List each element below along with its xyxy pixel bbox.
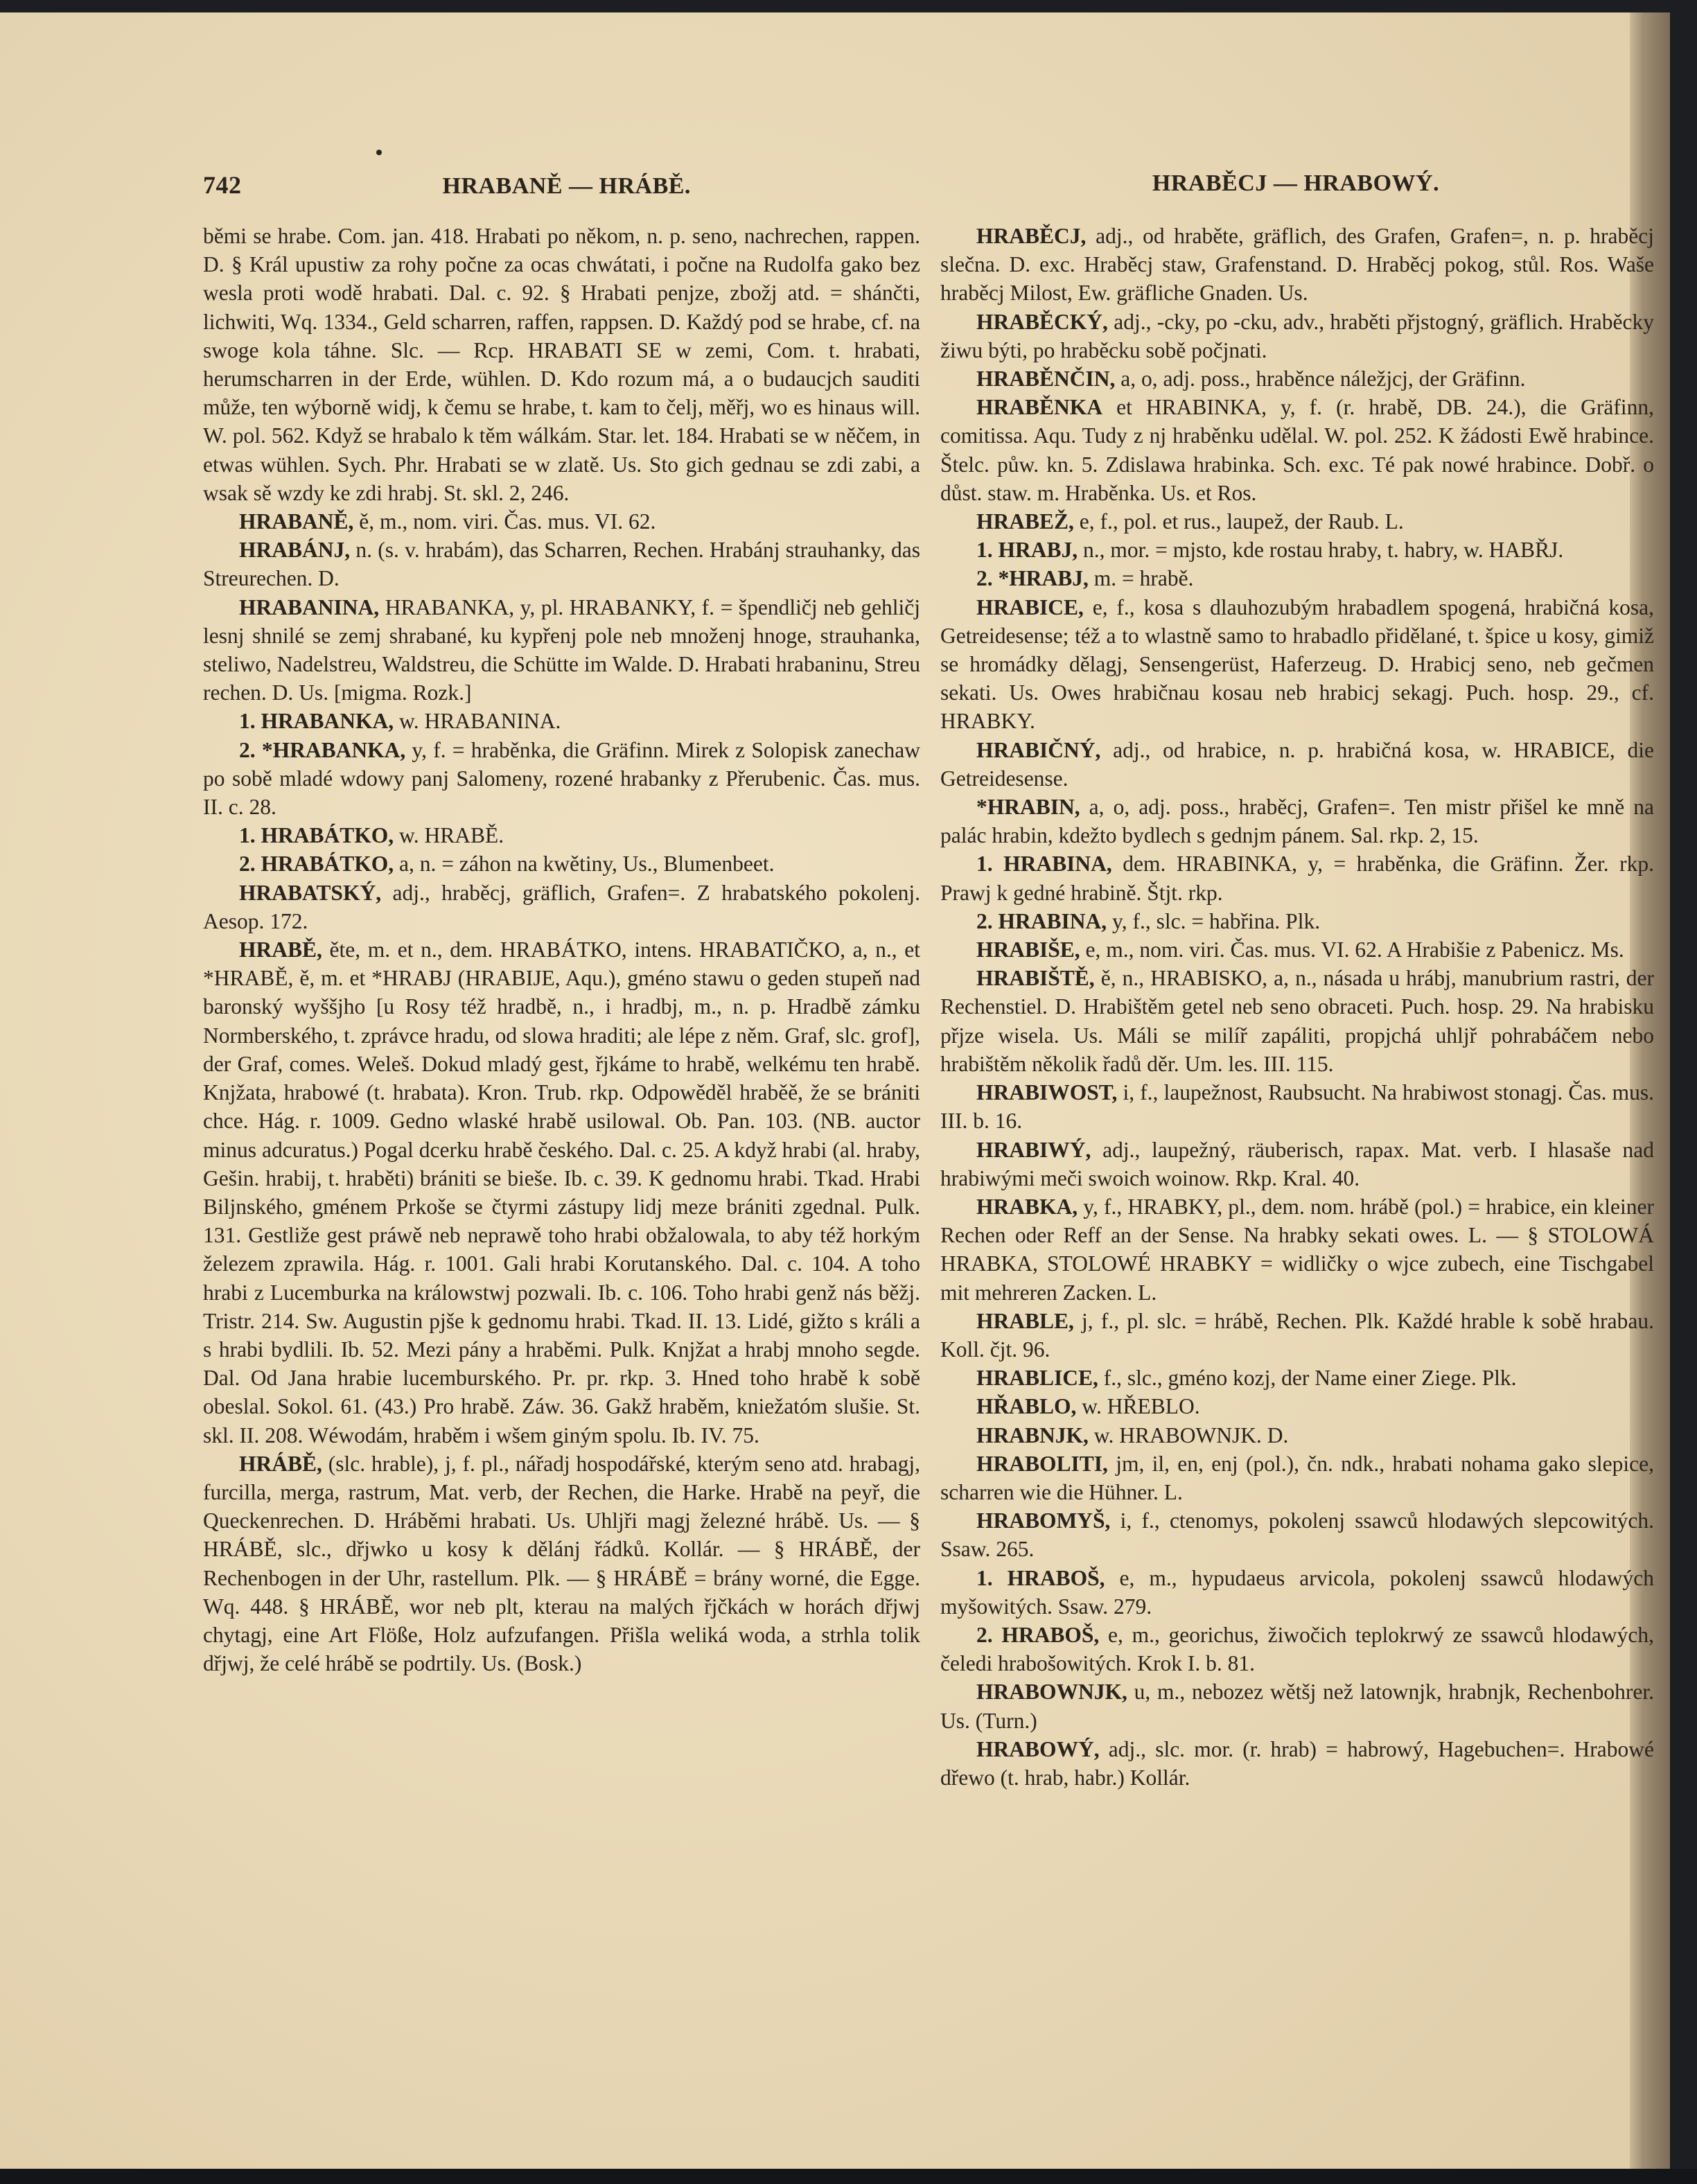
entry-body: ěte, m. et n., dem. HRABÁTKO, intens. HR… <box>203 937 920 1447</box>
entry-headword: HRABNJK, <box>976 1423 1089 1447</box>
entry-headword: 2. *HRABANKA, <box>239 738 405 762</box>
entry-headword: HRABATSKÝ, <box>239 881 381 905</box>
entry-body: n., mor. = mjsto, kde rostau hraby, t. h… <box>1078 538 1563 562</box>
dictionary-entry: 2. HRABINA, y, f., slc. = habřina. Plk. <box>940 907 1654 935</box>
dictionary-entry: 2. HRABOŠ, e, m., georichus, žiwočich te… <box>940 1621 1654 1677</box>
entry-headword: HRABIŠTĚ, <box>976 966 1095 990</box>
dictionary-entry: 1. HRABINA, dem. HRABINKA, y, = hraběnka… <box>940 849 1654 906</box>
dictionary-entry: HRABĚNKA et HRABINKA, y, f. (r. hrabě, D… <box>940 393 1654 507</box>
left-header-title: HRABANĚ — HRÁBĚ. <box>443 173 691 200</box>
dictionary-entry: HRABANĚ, ě, m., nom. viri. Čas. mus. VI.… <box>203 507 920 536</box>
right-running-header: HRABĚCJ — HRABOWÝ. <box>929 170 1663 205</box>
dictionary-entry: HRABKA, y, f., HRABKY, pl., dem. nom. hr… <box>940 1192 1654 1307</box>
entry-body: e, f., pol. et rus., laupež, der Raub. L… <box>1074 509 1404 534</box>
dictionary-entry: HRÁBĚ, (slc. hrable), j, f. pl., nářadj … <box>203 1450 920 1678</box>
entry-headword: HRABIČNÝ, <box>976 738 1100 762</box>
dictionary-entry: HRABĚCKÝ, adj., -cky, po -cku, adv., hra… <box>940 308 1654 364</box>
entry-headword: HRABLE, <box>976 1309 1074 1333</box>
dictionary-entry: HRABIČNÝ, adj., od hrabice, n. p. hrabič… <box>940 736 1654 793</box>
dictionary-entry: HRABEŽ, e, f., pol. et rus., laupež, der… <box>940 507 1654 536</box>
dictionary-entry: HRABATSKÝ, adj., hraběcj, gräflich, Graf… <box>203 879 920 935</box>
entry-headword: 1. HRABJ, <box>976 538 1078 562</box>
entry-body: y, f., slc. = habřina. Plk. <box>1107 909 1320 933</box>
dictionary-entry: HRABĚCJ, adj., od hraběte, gräflich, des… <box>940 222 1654 308</box>
entry-body: w. HRABĚ. <box>394 823 504 847</box>
entry-body: běmi se hrabe. Com. jan. 418. Hrabati po… <box>203 224 920 505</box>
dictionary-page: 742 HRABANĚ — HRÁBĚ. HRABĚCJ — HRABOWÝ. … <box>0 12 1670 2169</box>
dictionary-entry: 2. HRABÁTKO, a, n. = záhon na kwětiny, U… <box>203 849 920 878</box>
entry-headword: HRABĚCKÝ, <box>976 310 1108 334</box>
entry-body: a, o, adj. poss., hraběnce náležjcj, der… <box>1115 367 1525 391</box>
dictionary-entry: 1. HRABJ, n., mor. = mjsto, kde rostau h… <box>940 536 1654 564</box>
dictionary-entry: *HRABIN, a, o, adj. poss., hraběcj, Graf… <box>940 793 1654 849</box>
dictionary-entry: HRABĚNČIN, a, o, adj. poss., hraběnce ná… <box>940 364 1654 393</box>
entry-headword: HRABIWOST, <box>976 1080 1117 1104</box>
entry-headword: HRABKA, <box>976 1195 1078 1219</box>
entry-headword: HRABANINA, <box>239 595 379 619</box>
entry-body: w. HRABANINA. <box>394 709 561 733</box>
entry-headword: HRABOMYŠ, <box>976 1508 1110 1533</box>
dictionary-entry: HRABNJK, w. HRABOWNJK. D. <box>940 1421 1654 1450</box>
entry-headword: HRABOLITI, <box>976 1452 1108 1476</box>
entry-headword: *HRABIN, <box>976 795 1080 819</box>
page-number: 742 <box>203 170 242 200</box>
entry-headword: HRABIŠE, <box>976 937 1080 962</box>
entry-headword: 1. HRABINA, <box>976 852 1112 876</box>
dictionary-entry: 2. *HRABANKA, y, f. = hraběnka, die Gräf… <box>203 736 920 822</box>
entry-headword: HRÁBĚ, <box>239 1452 322 1476</box>
entry-body: f., slc., gméno kozj, der Name einer Zie… <box>1098 1366 1517 1390</box>
dictionary-entry: 1. HRABANKA, w. HRABANINA. <box>203 707 920 735</box>
dictionary-entry: HRABOMYŠ, i, f., ctenomys, pokolenj ssaw… <box>940 1506 1654 1563</box>
entry-body: m. = hrabě. <box>1089 566 1194 590</box>
entry-headword: 2. HRABÁTKO, <box>239 852 394 876</box>
entry-headword: HRABLICE, <box>976 1366 1098 1390</box>
dictionary-entry: 1. HRABÁTKO, w. HRABĚ. <box>203 821 920 849</box>
dictionary-entry: HŘABLO, w. HŘEBLO. <box>940 1392 1654 1420</box>
dictionary-entry: HRABLICE, f., slc., gméno kozj, der Name… <box>940 1364 1654 1392</box>
dictionary-entry: HRABIWOST, i, f., laupežnost, Raubsucht.… <box>940 1078 1654 1135</box>
entry-headword: HRABIWÝ, <box>976 1138 1091 1162</box>
dictionary-entry: HRABOLITI, jm, il, en, enj (pol.), čn. n… <box>940 1450 1654 1506</box>
dictionary-entry: HRABOWNJK, u, m., nebozez wětšj než lato… <box>940 1677 1654 1734</box>
entry-headword: HRABEŽ, <box>976 509 1074 534</box>
dictionary-entry: HRABĚ, ěte, m. et n., dem. HRABÁTKO, int… <box>203 935 920 1450</box>
right-header-title: HRABĚCJ — HRABOWÝ. <box>1152 170 1439 197</box>
dictionary-entry: 1. HRABOŠ, e, m., hypudaeus arvicola, po… <box>940 1564 1654 1621</box>
dictionary-entry: 2. *HRABJ, m. = hrabě. <box>940 564 1654 592</box>
entry-headword: HRABĚNČIN, <box>976 367 1115 391</box>
entry-body: a, n. = záhon na kwětiny, Us., Blumenbee… <box>394 852 774 876</box>
dictionary-entry: HRABOWÝ, adj., slc. mor. (r. hrab) = hab… <box>940 1735 1654 1792</box>
dictionary-entry: HRABANINA, HRABANKA, y, pl. HRABANKY, f.… <box>203 593 920 707</box>
entry-headword: 1. HRABÁTKO, <box>239 823 394 847</box>
entry-headword: 1. HRABOŠ, <box>976 1566 1105 1590</box>
scan-background: 742 HRABANĚ — HRÁBĚ. HRABĚCJ — HRABOWÝ. … <box>0 0 1697 2184</box>
entry-headword: HRABĚNKA <box>976 395 1102 419</box>
dictionary-entry: HRABIŠTĚ, ě, n., HRABISKO, a, n., násada… <box>940 964 1654 1078</box>
entry-body: ě, m., nom. viri. Čas. mus. VI. 62. <box>353 509 656 534</box>
left-running-header: 742 HRABANĚ — HRÁBĚ. <box>203 170 931 205</box>
entry-headword: HRABICE, <box>976 595 1084 619</box>
entry-headword: HŘABLO, <box>976 1394 1076 1418</box>
dictionary-entry: HRABLE, j, f., pl. slc. = hrábě, Rechen.… <box>940 1307 1654 1364</box>
entry-body: w. HŘEBLO. <box>1076 1394 1199 1418</box>
scan-bottom-edge <box>0 2169 1697 2184</box>
dictionary-entry: HRABIWÝ, adj., laupežný, räuberisch, rap… <box>940 1136 1654 1192</box>
ink-dot <box>376 150 382 155</box>
entry-body: e, m., nom. viri. Čas. mus. VI. 62. A Hr… <box>1080 937 1624 962</box>
entry-headword: 2. HRABINA, <box>976 909 1107 933</box>
entry-headword: 2. HRABOŠ, <box>976 1623 1099 1647</box>
left-column: běmi se hrabe. Com. jan. 418. Hrabati po… <box>203 222 920 1677</box>
entry-headword: 1. HRABANKA, <box>239 709 394 733</box>
dictionary-entry: HRABIŠE, e, m., nom. viri. Čas. mus. VI.… <box>940 935 1654 964</box>
entry-headword: HRABÁNJ, <box>239 538 350 562</box>
entry-headword: 2. *HRABJ, <box>976 566 1089 590</box>
entry-body: (slc. hrable), j, f. pl., nářadj hospodá… <box>203 1452 920 1675</box>
dictionary-entry: HRABICE, e, f., kosa s dlauhozubým hraba… <box>940 593 1654 736</box>
entry-headword: HRABOWNJK, <box>976 1680 1127 1704</box>
entry-body: w. HRABOWNJK. D. <box>1089 1423 1288 1447</box>
entry-headword: HRABOWÝ, <box>976 1737 1100 1761</box>
dictionary-entry: běmi se hrabe. Com. jan. 418. Hrabati po… <box>203 222 920 507</box>
right-column: HRABĚCJ, adj., od hraběte, gräflich, des… <box>940 222 1654 1792</box>
dictionary-entry: HRABÁNJ, n. (s. v. hrabám), das Scharren… <box>203 536 920 592</box>
entry-headword: HRABĚ, <box>239 937 322 962</box>
entry-headword: HRABANĚ, <box>239 509 353 534</box>
entry-headword: HRABĚCJ, <box>976 224 1086 248</box>
